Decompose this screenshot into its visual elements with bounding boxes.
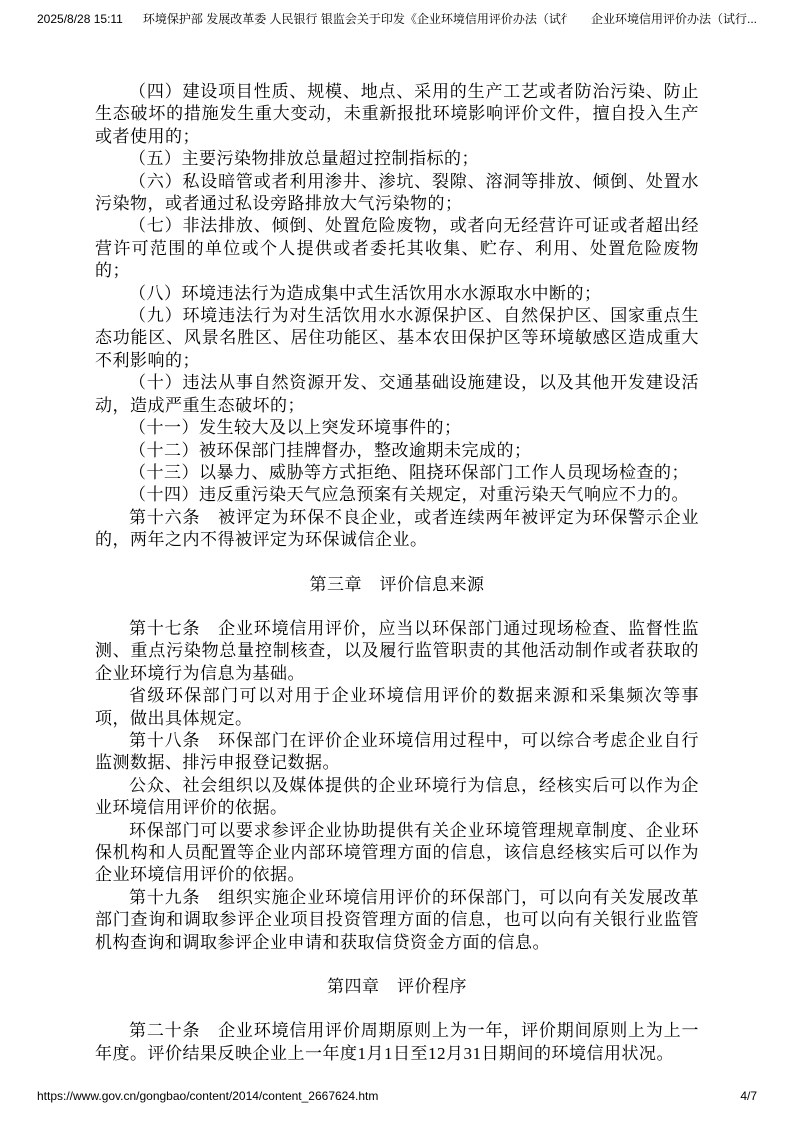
print-footer: https://www.gov.cn/gongbao/content/2014/… (37, 1089, 757, 1103)
paragraph: （八）环境违法行为造成集中式生活饮用水水源取水中断的； (95, 283, 699, 305)
paragraph: （九）环境违法行为对生活饮用水水源保护区、自然保护区、国家重点生态功能区、风景名… (95, 305, 699, 372)
document-body: （四）建设项目性质、规模、地点、采用的生产工艺或者防治污染、防止生态破坏的措施发… (95, 81, 699, 1065)
paragraph: （十四）违反重污染天气应急预案有关规定，对重污染天气响应不力的。 (95, 484, 699, 506)
paragraph: 第十九条 组织实施企业环境信用评价的环保部门，可以向有关发展改革部门查询和调取参… (95, 887, 699, 954)
paragraph: 第十八条 环保部门在评价企业环境信用过程中，可以综合考虑企业自行监测数据、排污申… (95, 730, 699, 775)
paragraph: 第十七条 企业环境信用评价，应当以环保部门通过现场检查、监督性监测、重点污染物总… (95, 618, 699, 685)
paragraph: （六）私设暗管或者利用渗井、渗坑、裂隙、溶洞等排放、倾倒、处置水污染物，或者通过… (95, 171, 699, 216)
print-header: 2025/8/28 15:11 环境保护部 发展改革委 人民银行 银监会关于印发… (37, 12, 757, 27)
paragraph: 第十六条 被评定为环保不良企业，或者连续两年被评定为环保警示企业的，两年之内不得… (95, 507, 699, 552)
paragraph: 第二十条 企业环境信用评价周期原则上为一年，评价期间原则上为上一年度。评价结果反… (95, 1020, 699, 1065)
paragraph: （四）建设项目性质、规模、地点、采用的生产工艺或者防治污染、防止生态破坏的措施发… (95, 81, 699, 148)
paragraph: （七）非法排放、倾倒、处置危险废物，或者向无经营许可证或者超出经营许可范围的单位… (95, 215, 699, 282)
print-datetime: 2025/8/28 15:11 (37, 12, 123, 27)
chapter-heading: 第四章 评价程序 (95, 976, 699, 998)
paragraph: 省级环保部门可以对用于企业环境信用评价的数据来源和采集频次等事项，做出具体规定。 (95, 685, 699, 730)
paragraph: （十二）被环保部门挂牌督办，整改逾期未完成的； (95, 440, 699, 462)
source-url: https://www.gov.cn/gongbao/content/2014/… (37, 1089, 378, 1103)
paragraph: （十）违法从事自然资源开发、交通基础设施建设，以及其他开发建设活动，造成严重生态… (95, 372, 699, 417)
paragraph: （五）主要污染物排放总量超过控制指标的； (95, 148, 699, 170)
paragraph: （十三）以暴力、威胁等方式拒绝、阻挠环保部门工作人员现场检查的； (95, 462, 699, 484)
print-doc-title-truncated: 企业环境信用评价办法（试行... (591, 12, 757, 27)
paragraph: 公众、社会组织以及媒体提供的企业环境行为信息，经核实后可以作为企业环境信用评价的… (95, 775, 699, 820)
chapter-heading: 第三章 评价信息来源 (95, 574, 699, 596)
document-page: 2025/8/28 15:11 环境保护部 发展改革委 人民银行 银监会关于印发… (0, 0, 793, 1122)
paragraph: （十一）发生较大及以上突发环境事件的； (95, 417, 699, 439)
paragraph: 环保部门可以要求参评企业协助提供有关企业环境管理规章制度、企业环保机构和人员配置… (95, 820, 699, 887)
print-doc-title: 环境保护部 发展改革委 人民银行 银监会关于印发《企业环境信用评价办法（试行）》… (143, 12, 567, 27)
page-number: 4/7 (740, 1089, 757, 1103)
